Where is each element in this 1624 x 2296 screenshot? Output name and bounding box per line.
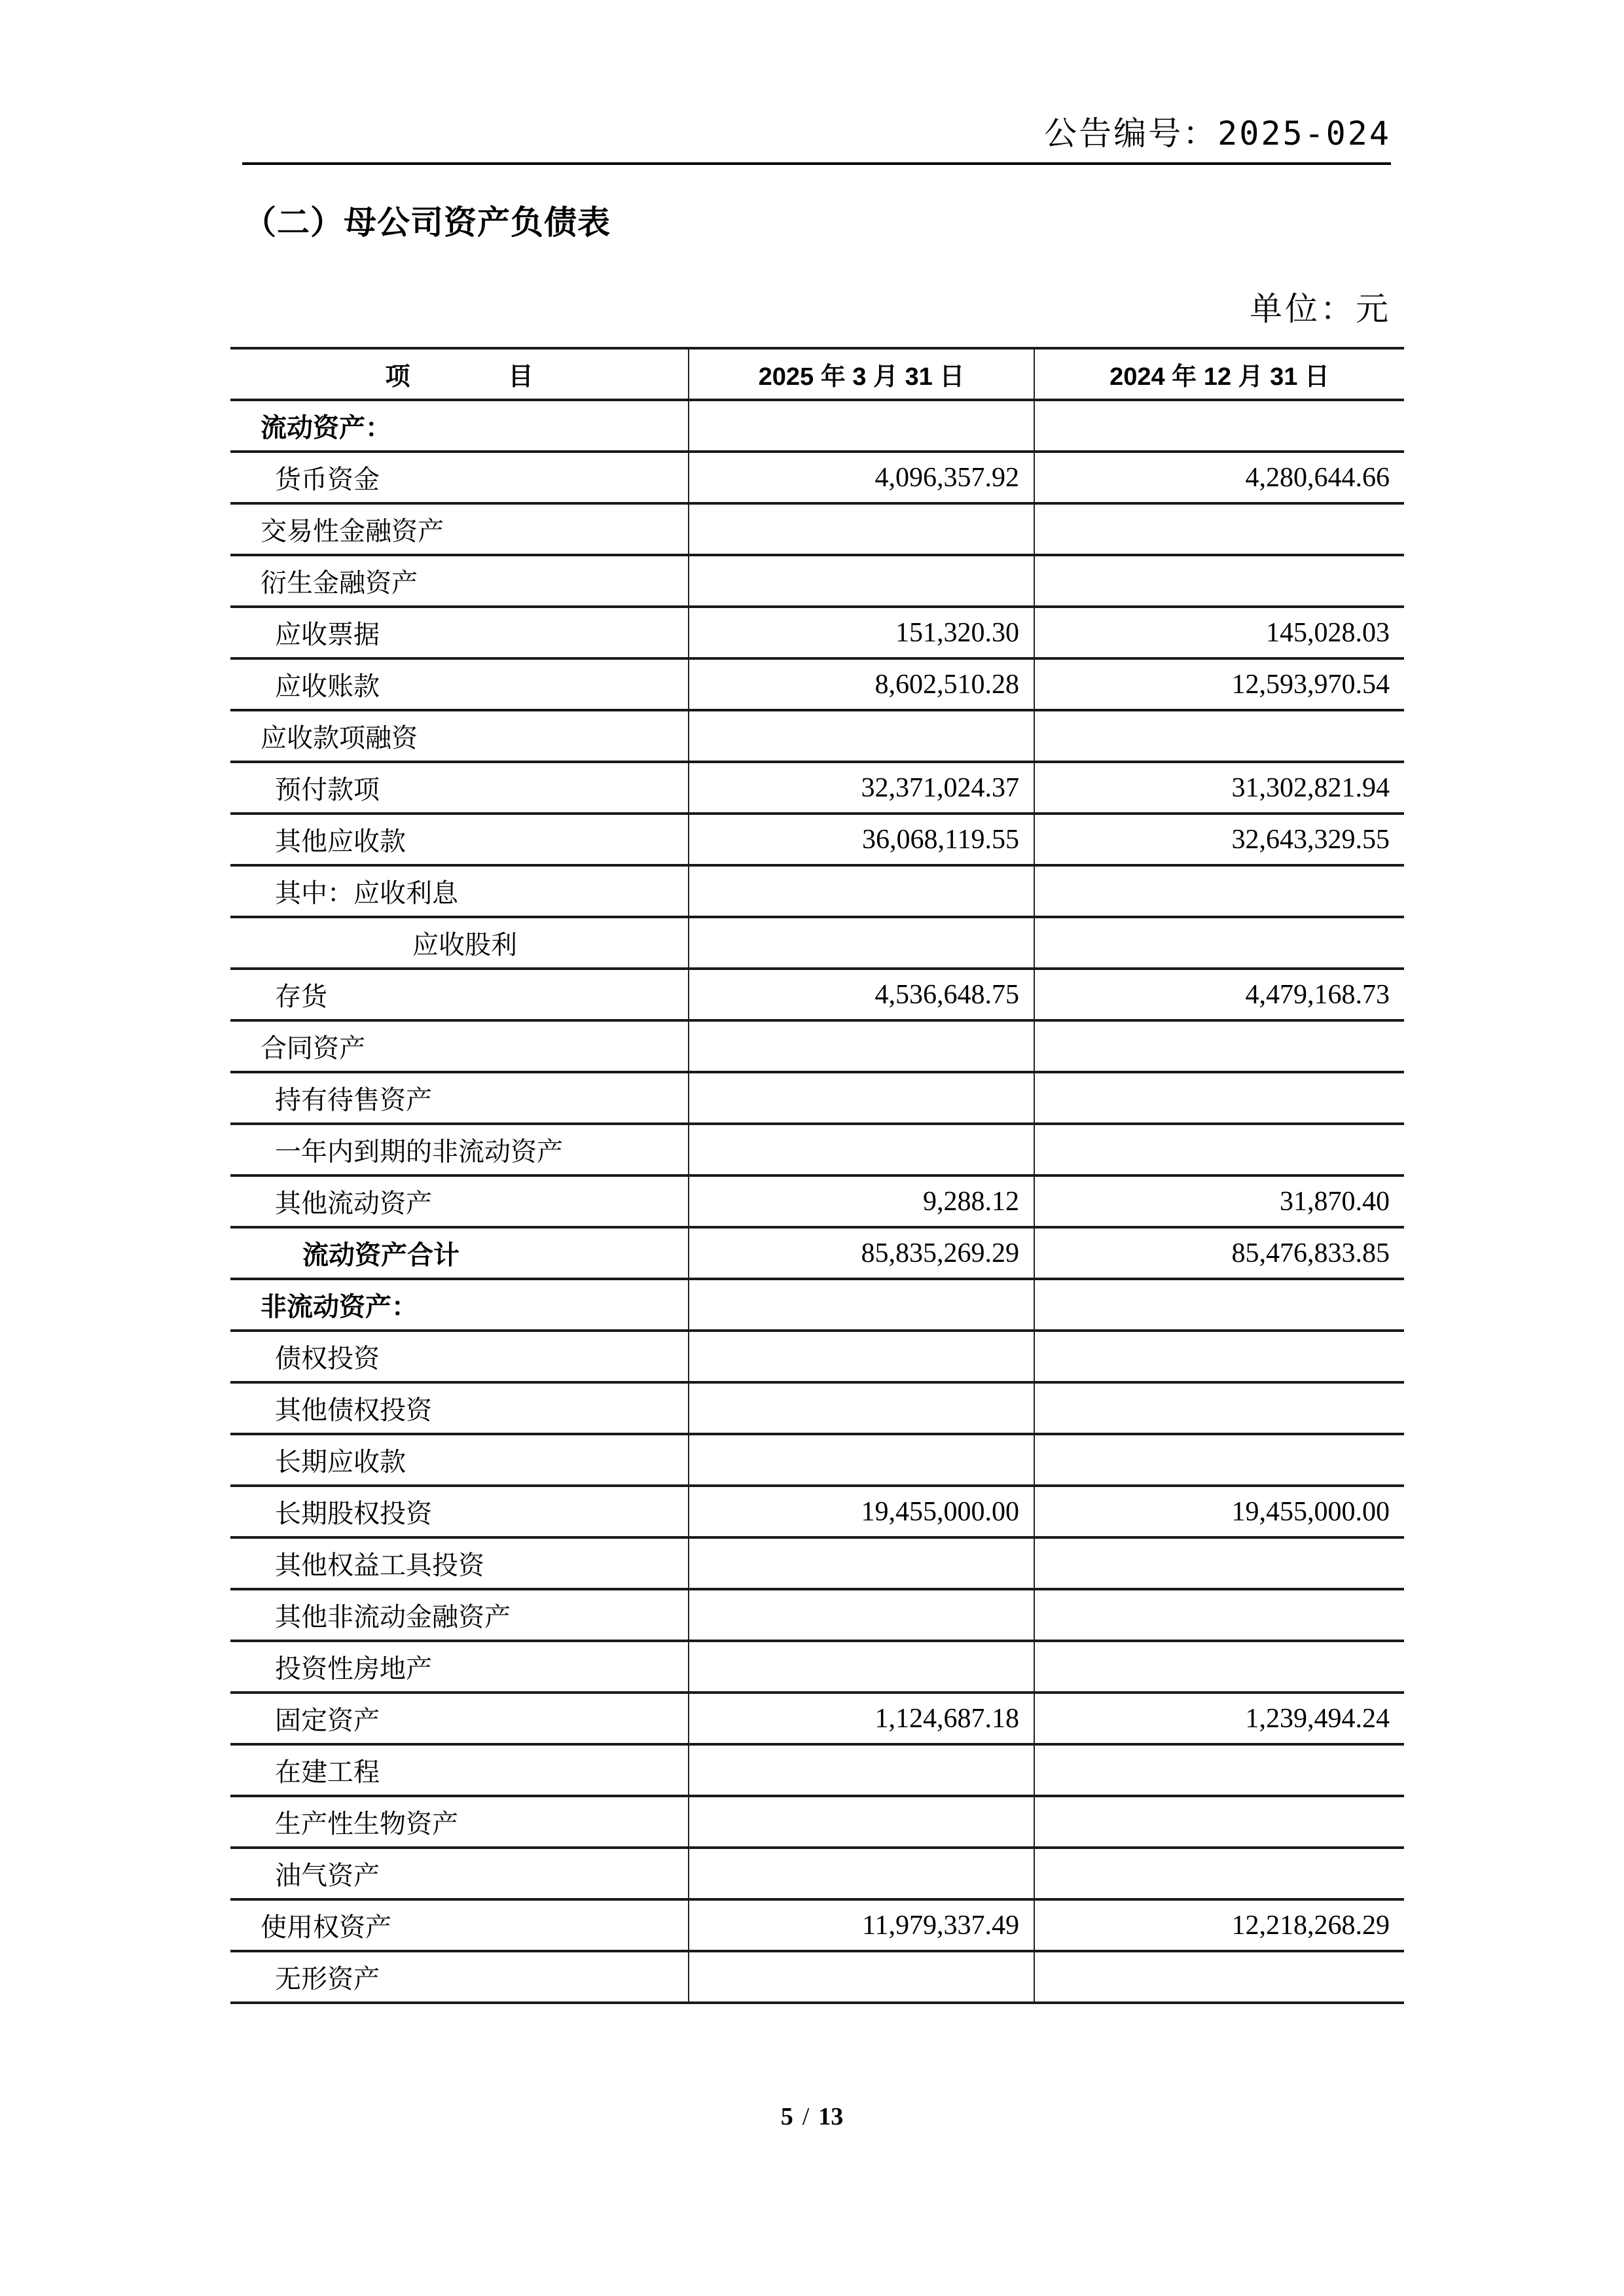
- table-row: 使用权资产11,979,337.4912,218,268.29: [230, 1899, 1404, 1951]
- row-label: 存货: [230, 969, 689, 1020]
- page-number: 5/13: [0, 2102, 1624, 2131]
- value-2024-12-31: 4,479,168.73: [1034, 969, 1404, 1020]
- value-2024-12-31: [1034, 1537, 1404, 1589]
- table-row: 流动资产：: [230, 400, 1404, 452]
- value-2025-03-31: [689, 1641, 1034, 1693]
- value-2024-12-31: 1,239,494.24: [1034, 1693, 1404, 1744]
- table-row: 生产性生物资产: [230, 1796, 1404, 1848]
- value-2024-12-31: 85,476,833.85: [1034, 1227, 1404, 1279]
- value-2025-03-31: [689, 1072, 1034, 1124]
- value-2025-03-31: [689, 1382, 1034, 1434]
- table-row: 衍生金融资产: [230, 555, 1404, 607]
- table-row: 应收款项融资: [230, 710, 1404, 762]
- value-2025-03-31: [689, 1951, 1034, 2003]
- value-2025-03-31: [689, 1279, 1034, 1331]
- row-label: 债权投资: [230, 1331, 689, 1382]
- value-2025-03-31: [689, 555, 1034, 607]
- row-label: 非流动资产：: [230, 1279, 689, 1331]
- value-2025-03-31: [689, 503, 1034, 555]
- row-label: 货币资金: [230, 452, 689, 503]
- value-2025-03-31: [689, 1744, 1034, 1796]
- table-row: 固定资产1,124,687.181,239,494.24: [230, 1693, 1404, 1744]
- value-2025-03-31: 8,602,510.28: [689, 658, 1034, 710]
- table-row: 应收股利: [230, 917, 1404, 969]
- table-row: 合同资产: [230, 1020, 1404, 1072]
- row-label: 其他应收款: [230, 814, 689, 865]
- row-label: 应收款项融资: [230, 710, 689, 762]
- row-label: 一年内到期的非流动资产: [230, 1124, 689, 1175]
- table-row: 货币资金4,096,357.924,280,644.66: [230, 452, 1404, 503]
- value-2024-12-31: [1034, 1072, 1404, 1124]
- value-2024-12-31: [1034, 1744, 1404, 1796]
- value-2025-03-31: [689, 865, 1034, 917]
- value-2024-12-31: [1034, 1848, 1404, 1899]
- table-row: 在建工程: [230, 1744, 1404, 1796]
- page-header: 公告编号：2025-024: [242, 111, 1391, 165]
- value-2024-12-31: [1034, 1124, 1404, 1175]
- table-row: 流动资产合计85,835,269.2985,476,833.85: [230, 1227, 1404, 1279]
- table-row: 持有待售资产: [230, 1072, 1404, 1124]
- value-2024-12-31: 31,870.40: [1034, 1175, 1404, 1227]
- value-2025-03-31: [689, 917, 1034, 969]
- value-2024-12-31: [1034, 1641, 1404, 1693]
- table-row: 预付款项32,371,024.3731,302,821.94: [230, 762, 1404, 814]
- value-2025-03-31: 36,068,119.55: [689, 814, 1034, 865]
- row-label: 流动资产：: [230, 400, 689, 452]
- row-label: 在建工程: [230, 1744, 689, 1796]
- table-row: 其他非流动金融资产: [230, 1589, 1404, 1641]
- value-2024-12-31: 4,280,644.66: [1034, 452, 1404, 503]
- value-2025-03-31: 4,096,357.92: [689, 452, 1034, 503]
- table-row: 其中：应收利息: [230, 865, 1404, 917]
- row-label: 应收账款: [230, 658, 689, 710]
- table-body: 流动资产：货币资金4,096,357.924,280,644.66交易性金融资产…: [230, 400, 1404, 2003]
- table-row: 其他权益工具投资: [230, 1537, 1404, 1589]
- value-2024-12-31: [1034, 1589, 1404, 1641]
- table-row: 存货4,536,648.754,479,168.73: [230, 969, 1404, 1020]
- value-2025-03-31: 1,124,687.18: [689, 1693, 1034, 1744]
- table-header-row: 项目 2025 年 3 月 31 日 2024 年 12 月 31 日: [230, 348, 1404, 400]
- table-row: 应收票据151,320.30145,028.03: [230, 607, 1404, 658]
- value-2025-03-31: [689, 1434, 1034, 1486]
- section-title: （二）母公司资产负债表: [244, 196, 611, 243]
- unit-label: 单位：元: [1250, 283, 1391, 330]
- table-row: 非流动资产：: [230, 1279, 1404, 1331]
- value-2024-12-31: [1034, 1020, 1404, 1072]
- value-2024-12-31: [1034, 865, 1404, 917]
- table-row: 无形资产: [230, 1951, 1404, 2003]
- page-separator: /: [803, 2103, 810, 2130]
- value-2025-03-31: [689, 1589, 1034, 1641]
- column-header-item-a: 项: [385, 363, 410, 391]
- value-2025-03-31: [689, 1537, 1034, 1589]
- value-2024-12-31: [1034, 1382, 1404, 1434]
- row-label: 其他非流动金融资产: [230, 1589, 689, 1641]
- value-2024-12-31: [1034, 1796, 1404, 1848]
- value-2024-12-31: [1034, 1951, 1404, 2003]
- column-header-item-b: 目: [509, 363, 533, 391]
- page-current: 5: [781, 2103, 793, 2130]
- balance-sheet-table: 项目 2025 年 3 月 31 日 2024 年 12 月 31 日 流动资产…: [230, 347, 1404, 2004]
- row-label: 无形资产: [230, 1951, 689, 2003]
- row-label: 其他流动资产: [230, 1175, 689, 1227]
- table-row: 长期股权投资19,455,000.0019,455,000.00: [230, 1486, 1404, 1537]
- row-label: 交易性金融资产: [230, 503, 689, 555]
- column-header-2025-03-31: 2025 年 3 月 31 日: [689, 348, 1034, 400]
- row-label: 衍生金融资产: [230, 555, 689, 607]
- row-label: 流动资产合计: [230, 1227, 689, 1279]
- value-2024-12-31: [1034, 1279, 1404, 1331]
- row-label: 生产性生物资产: [230, 1796, 689, 1848]
- value-2024-12-31: [1034, 400, 1404, 452]
- row-label: 其他债权投资: [230, 1382, 689, 1434]
- table-row: 应收账款8,602,510.2812,593,970.54: [230, 658, 1404, 710]
- value-2025-03-31: 32,371,024.37: [689, 762, 1034, 814]
- table-row: 其他流动资产9,288.1231,870.40: [230, 1175, 1404, 1227]
- row-label: 持有待售资产: [230, 1072, 689, 1124]
- table-row: 其他债权投资: [230, 1382, 1404, 1434]
- value-2025-03-31: 11,979,337.49: [689, 1899, 1034, 1951]
- value-2024-12-31: 12,593,970.54: [1034, 658, 1404, 710]
- row-label: 应收票据: [230, 607, 689, 658]
- table-row: 油气资产: [230, 1848, 1404, 1899]
- column-header-2024-12-31: 2024 年 12 月 31 日: [1034, 348, 1404, 400]
- value-2025-03-31: 19,455,000.00: [689, 1486, 1034, 1537]
- value-2025-03-31: [689, 400, 1034, 452]
- value-2024-12-31: [1034, 917, 1404, 969]
- value-2024-12-31: [1034, 710, 1404, 762]
- value-2024-12-31: [1034, 1331, 1404, 1382]
- value-2024-12-31: 19,455,000.00: [1034, 1486, 1404, 1537]
- value-2025-03-31: 151,320.30: [689, 607, 1034, 658]
- value-2024-12-31: 145,028.03: [1034, 607, 1404, 658]
- value-2025-03-31: [689, 1020, 1034, 1072]
- row-label: 长期股权投资: [230, 1486, 689, 1537]
- row-label: 其中：应收利息: [230, 865, 689, 917]
- table-row: 长期应收款: [230, 1434, 1404, 1486]
- row-label: 固定资产: [230, 1693, 689, 1744]
- value-2025-03-31: 9,288.12: [689, 1175, 1034, 1227]
- row-label: 其他权益工具投资: [230, 1537, 689, 1589]
- value-2025-03-31: 85,835,269.29: [689, 1227, 1034, 1279]
- row-label: 合同资产: [230, 1020, 689, 1072]
- row-label: 油气资产: [230, 1848, 689, 1899]
- value-2024-12-31: [1034, 555, 1404, 607]
- value-2024-12-31: 31,302,821.94: [1034, 762, 1404, 814]
- row-label: 预付款项: [230, 762, 689, 814]
- row-label: 应收股利: [230, 917, 689, 969]
- row-label: 使用权资产: [230, 1899, 689, 1951]
- value-2025-03-31: [689, 1124, 1034, 1175]
- page-total: 13: [818, 2103, 843, 2130]
- value-2025-03-31: [689, 710, 1034, 762]
- announcement-number: 公告编号：2025-024: [1044, 107, 1391, 154]
- table-row: 债权投资: [230, 1331, 1404, 1382]
- value-2025-03-31: 4,536,648.75: [689, 969, 1034, 1020]
- row-label: 投资性房地产: [230, 1641, 689, 1693]
- table-row: 其他应收款36,068,119.5532,643,329.55: [230, 814, 1404, 865]
- row-label: 长期应收款: [230, 1434, 689, 1486]
- value-2025-03-31: [689, 1796, 1034, 1848]
- value-2024-12-31: 12,218,268.29: [1034, 1899, 1404, 1951]
- value-2024-12-31: [1034, 1434, 1404, 1486]
- value-2024-12-31: 32,643,329.55: [1034, 814, 1404, 865]
- value-2025-03-31: [689, 1331, 1034, 1382]
- column-header-item: 项目: [230, 348, 689, 400]
- table-row: 一年内到期的非流动资产: [230, 1124, 1404, 1175]
- table-row: 投资性房地产: [230, 1641, 1404, 1693]
- value-2024-12-31: [1034, 503, 1404, 555]
- value-2025-03-31: [689, 1848, 1034, 1899]
- table-row: 交易性金融资产: [230, 503, 1404, 555]
